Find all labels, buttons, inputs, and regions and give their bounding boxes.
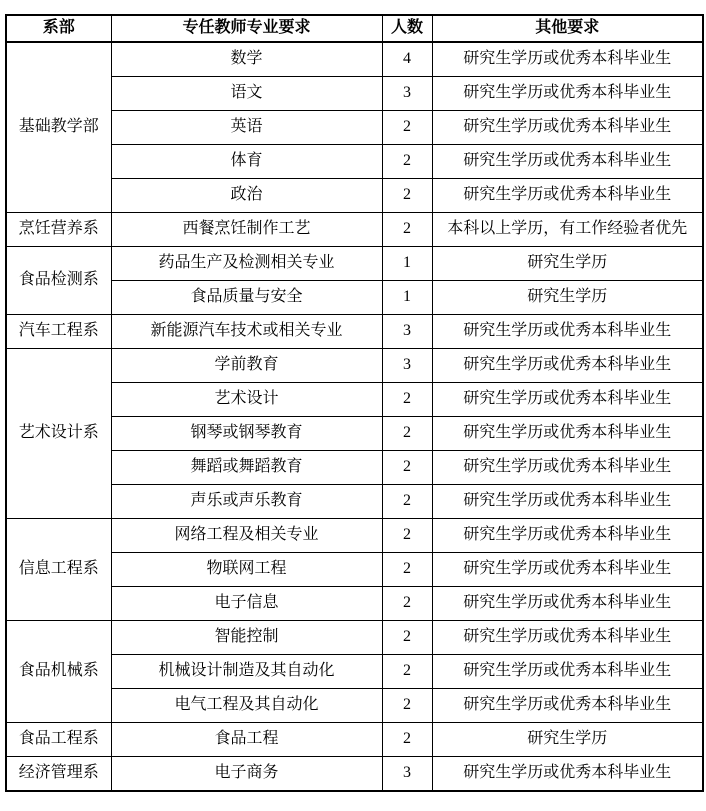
table-header: 系部 专任教师专业要求 人数 其他要求 <box>6 15 703 42</box>
count-cell: 2 <box>382 417 432 451</box>
table-row: 食品工程系食品工程2研究生学历 <box>6 723 703 757</box>
major-cell: 物联网工程 <box>111 553 382 587</box>
major-cell: 电子商务 <box>111 757 382 792</box>
count-cell: 2 <box>382 213 432 247</box>
department-cell: 烹饪营养系 <box>6 213 111 247</box>
header-row: 系部 专任教师专业要求 人数 其他要求 <box>6 15 703 42</box>
major-cell: 学前教育 <box>111 349 382 383</box>
table-row: 钢琴或钢琴教育2研究生学历或优秀本科毕业生 <box>6 417 703 451</box>
requirement-cell: 研究生学历或优秀本科毕业生 <box>432 621 703 655</box>
count-cell: 2 <box>382 553 432 587</box>
department-cell: 食品机械系 <box>6 621 111 723</box>
table-row: 信息工程系网络工程及相关专业2研究生学历或优秀本科毕业生 <box>6 519 703 553</box>
count-cell: 3 <box>382 315 432 349</box>
requirement-cell: 研究生学历或优秀本科毕业生 <box>432 315 703 349</box>
column-header-requirement: 其他要求 <box>432 15 703 42</box>
table-row: 基础教学部数学4研究生学历或优秀本科毕业生 <box>6 42 703 77</box>
major-cell: 食品工程 <box>111 723 382 757</box>
requirement-cell: 研究生学历或优秀本科毕业生 <box>432 383 703 417</box>
count-cell: 4 <box>382 42 432 77</box>
requirement-cell: 研究生学历或优秀本科毕业生 <box>432 553 703 587</box>
major-cell: 政治 <box>111 179 382 213</box>
major-cell: 新能源汽车技术或相关专业 <box>111 315 382 349</box>
column-header-count: 人数 <box>382 15 432 42</box>
column-header-department: 系部 <box>6 15 111 42</box>
count-cell: 2 <box>382 723 432 757</box>
count-cell: 2 <box>382 655 432 689</box>
requirement-cell: 研究生学历 <box>432 247 703 281</box>
major-cell: 电子信息 <box>111 587 382 621</box>
requirement-cell: 研究生学历 <box>432 281 703 315</box>
department-cell: 汽车工程系 <box>6 315 111 349</box>
count-cell: 2 <box>382 621 432 655</box>
requirement-cell: 研究生学历或优秀本科毕业生 <box>432 587 703 621</box>
requirement-cell: 研究生学历或优秀本科毕业生 <box>432 519 703 553</box>
table-row: 电气工程及其自动化2研究生学历或优秀本科毕业生 <box>6 689 703 723</box>
table-row: 声乐或声乐教育2研究生学历或优秀本科毕业生 <box>6 485 703 519</box>
requirement-cell: 研究生学历或优秀本科毕业生 <box>432 145 703 179</box>
count-cell: 2 <box>382 519 432 553</box>
major-cell: 网络工程及相关专业 <box>111 519 382 553</box>
table-row: 艺术设计2研究生学历或优秀本科毕业生 <box>6 383 703 417</box>
department-cell: 信息工程系 <box>6 519 111 621</box>
department-cell: 艺术设计系 <box>6 349 111 519</box>
major-cell: 体育 <box>111 145 382 179</box>
major-cell: 声乐或声乐教育 <box>111 485 382 519</box>
major-cell: 钢琴或钢琴教育 <box>111 417 382 451</box>
requirement-cell: 研究生学历或优秀本科毕业生 <box>432 485 703 519</box>
major-cell: 艺术设计 <box>111 383 382 417</box>
requirement-cell: 研究生学历或优秀本科毕业生 <box>432 757 703 792</box>
table-row: 电子信息2研究生学历或优秀本科毕业生 <box>6 587 703 621</box>
count-cell: 2 <box>382 587 432 621</box>
count-cell: 1 <box>382 281 432 315</box>
table-row: 烹饪营养系西餐烹饪制作工艺2本科以上学历，有工作经验者优先 <box>6 213 703 247</box>
major-cell: 英语 <box>111 111 382 145</box>
requirement-cell: 研究生学历或优秀本科毕业生 <box>432 179 703 213</box>
major-cell: 舞蹈或舞蹈教育 <box>111 451 382 485</box>
table-row: 物联网工程2研究生学历或优秀本科毕业生 <box>6 553 703 587</box>
count-cell: 2 <box>382 383 432 417</box>
major-cell: 西餐烹饪制作工艺 <box>111 213 382 247</box>
recruitment-table: 系部 专任教师专业要求 人数 其他要求 基础教学部数学4研究生学历或优秀本科毕业… <box>5 14 704 792</box>
count-cell: 2 <box>382 689 432 723</box>
table-row: 食品检测系药品生产及检测相关专业1研究生学历 <box>6 247 703 281</box>
major-cell: 电气工程及其自动化 <box>111 689 382 723</box>
count-cell: 3 <box>382 757 432 792</box>
major-cell: 数学 <box>111 42 382 77</box>
count-cell: 2 <box>382 451 432 485</box>
requirement-cell: 研究生学历 <box>432 723 703 757</box>
table-row: 艺术设计系学前教育3研究生学历或优秀本科毕业生 <box>6 349 703 383</box>
count-cell: 2 <box>382 485 432 519</box>
requirement-cell: 研究生学历或优秀本科毕业生 <box>432 451 703 485</box>
major-cell: 机械设计制造及其自动化 <box>111 655 382 689</box>
requirement-cell: 研究生学历或优秀本科毕业生 <box>432 77 703 111</box>
requirement-cell: 本科以上学历，有工作经验者优先 <box>432 213 703 247</box>
table-row: 英语2研究生学历或优秀本科毕业生 <box>6 111 703 145</box>
table-row: 食品机械系智能控制2研究生学历或优秀本科毕业生 <box>6 621 703 655</box>
table-row: 舞蹈或舞蹈教育2研究生学历或优秀本科毕业生 <box>6 451 703 485</box>
department-cell: 经济管理系 <box>6 757 111 792</box>
requirement-cell: 研究生学历或优秀本科毕业生 <box>432 349 703 383</box>
column-header-major: 专任教师专业要求 <box>111 15 382 42</box>
table-row: 经济管理系电子商务3研究生学历或优秀本科毕业生 <box>6 757 703 792</box>
requirement-cell: 研究生学历或优秀本科毕业生 <box>432 111 703 145</box>
table-body: 基础教学部数学4研究生学历或优秀本科毕业生语文3研究生学历或优秀本科毕业生英语2… <box>6 42 703 791</box>
table-row: 语文3研究生学历或优秀本科毕业生 <box>6 77 703 111</box>
major-cell: 药品生产及检测相关专业 <box>111 247 382 281</box>
table-row: 政治2研究生学历或优秀本科毕业生 <box>6 179 703 213</box>
requirement-cell: 研究生学历或优秀本科毕业生 <box>432 42 703 77</box>
department-cell: 食品检测系 <box>6 247 111 315</box>
count-cell: 1 <box>382 247 432 281</box>
count-cell: 2 <box>382 179 432 213</box>
count-cell: 2 <box>382 145 432 179</box>
requirement-cell: 研究生学历或优秀本科毕业生 <box>432 655 703 689</box>
requirement-cell: 研究生学历或优秀本科毕业生 <box>432 417 703 451</box>
table-row: 机械设计制造及其自动化2研究生学历或优秀本科毕业生 <box>6 655 703 689</box>
requirement-cell: 研究生学历或优秀本科毕业生 <box>432 689 703 723</box>
table-row: 食品质量与安全1研究生学历 <box>6 281 703 315</box>
major-cell: 智能控制 <box>111 621 382 655</box>
table-row: 汽车工程系新能源汽车技术或相关专业3研究生学历或优秀本科毕业生 <box>6 315 703 349</box>
table-row: 体育2研究生学历或优秀本科毕业生 <box>6 145 703 179</box>
department-cell: 基础教学部 <box>6 42 111 213</box>
count-cell: 3 <box>382 77 432 111</box>
department-cell: 食品工程系 <box>6 723 111 757</box>
count-cell: 3 <box>382 349 432 383</box>
major-cell: 语文 <box>111 77 382 111</box>
major-cell: 食品质量与安全 <box>111 281 382 315</box>
count-cell: 2 <box>382 111 432 145</box>
